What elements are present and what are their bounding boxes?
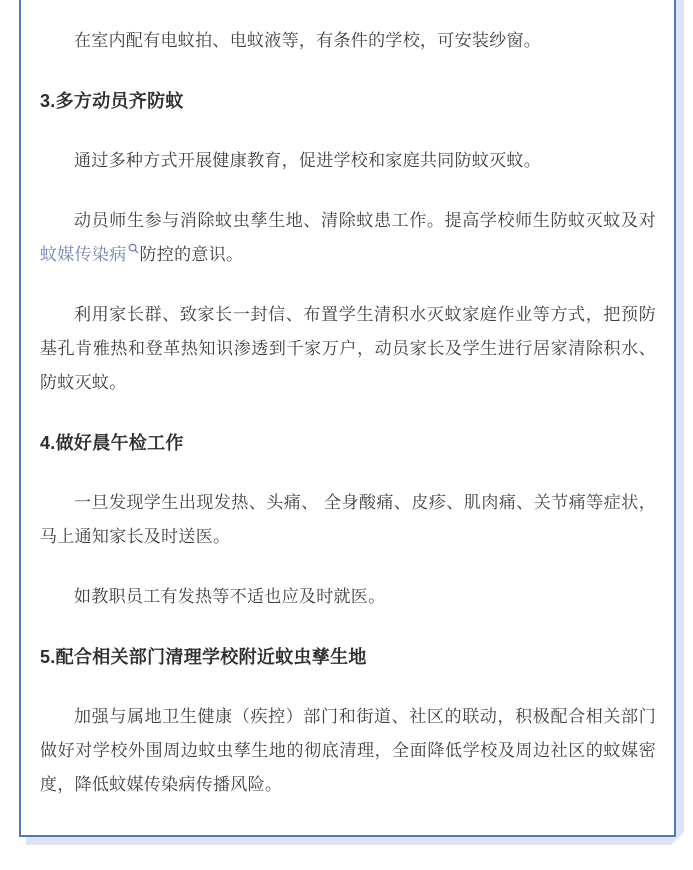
section-heading-5: 5.配合相关部门清理学校附近蚊虫孳生地 [40, 640, 656, 674]
paragraph-indoor-equipment: 在室内配有电蚊拍、电蚊液等，有条件的学校，可安装纱窗。 [40, 24, 656, 58]
paragraph-text-after-link: 防控的意识。 [140, 245, 244, 264]
article-card: 在室内配有电蚊拍、电蚊液等，有条件的学校，可安装纱窗。 3.多方动员齐防蚊 通过… [19, 0, 676, 837]
paragraph-parent-homework: 利用家长群、致家长一封信、布置学生清积水灭蚊家庭作业等方式，把预防基孔肯雅热和登… [40, 298, 656, 400]
paragraph-text-before-link: 动员师生参与消除蚊虫孳生地、清除蚊患工作。提高学校师生防蚊灭蚊及对 [74, 211, 656, 230]
paragraph-community-cooperation: 加强与属地卫生健康（疾控）部门和街道、社区的联动，积极配合相关部门做好对学校外围… [40, 700, 656, 802]
section-heading-4: 4.做好晨午检工作 [40, 426, 656, 460]
search-icon[interactable] [128, 243, 139, 254]
paragraph-health-education: 通过多种方式开展健康教育，促进学校和家庭共同防蚊灭蚊。 [40, 144, 656, 178]
section-heading-3: 3.多方动员齐防蚊 [40, 84, 656, 118]
paragraph-staff-fever: 如教职员工有发热等不适也应及时就医。 [40, 580, 656, 614]
paragraph-mobilize-with-link: 动员师生参与消除蚊虫孳生地、清除蚊患工作。提高学校师生防蚊灭蚊及对蚊媒传染病 防… [40, 204, 656, 272]
paragraph-symptom-check: 一旦发现学生出现发热、头痛、 全身酸痛、皮疹、肌肉痛、关节痛等症状，马上通知家长… [40, 486, 656, 554]
link-label: 蚊媒传染病 [40, 245, 127, 264]
mosquito-borne-disease-link[interactable]: 蚊媒传染病 [40, 245, 140, 264]
